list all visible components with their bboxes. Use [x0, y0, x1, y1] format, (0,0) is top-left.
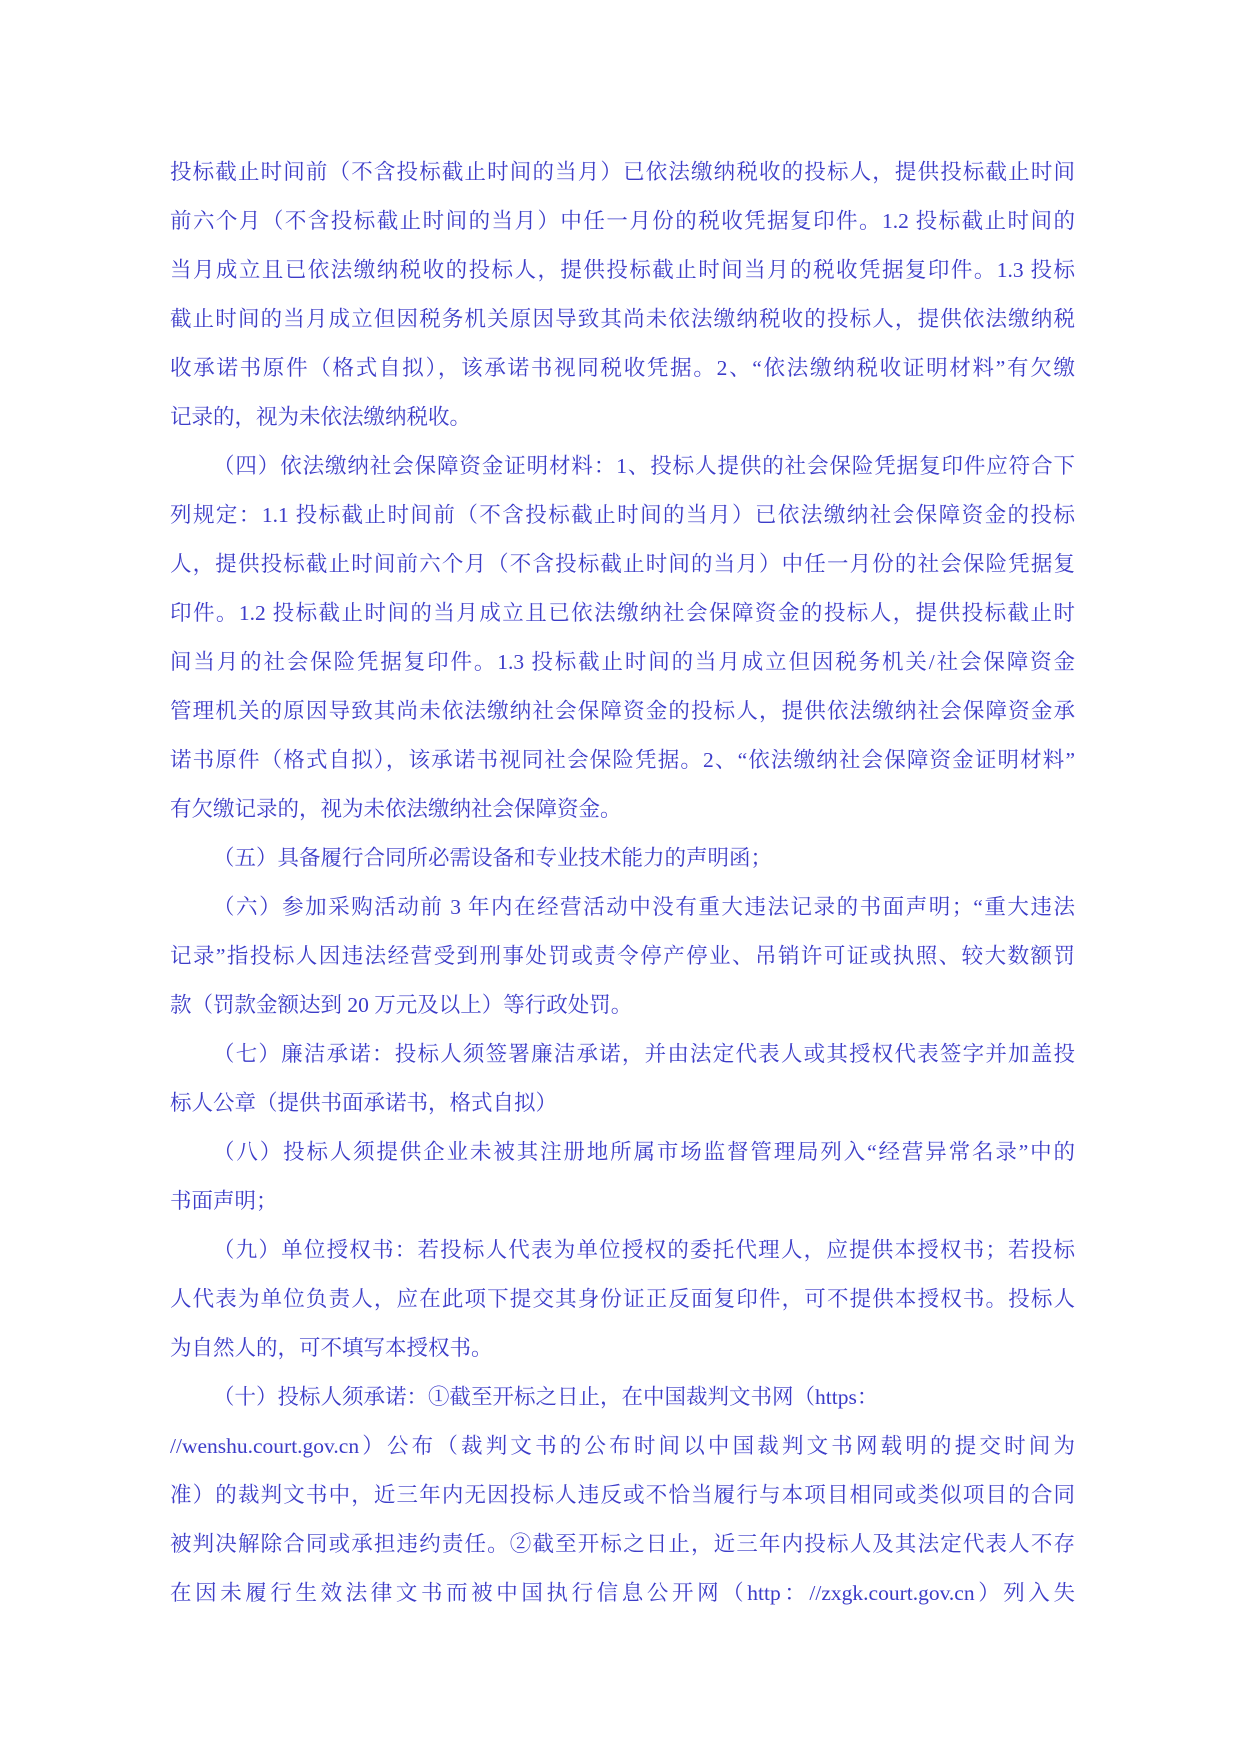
- doc-line: 收承诺书原件（格式自拟），该承诺书视同税收凭据。2、“依法缴纳税收证明材料”有欠…: [170, 344, 1075, 393]
- doc-line: //wenshu.court.gov.cn）公布（裁判文书的公布时间以中国裁判文…: [170, 1422, 1075, 1471]
- doc-line: 人代表为单位负责人，应在此项下提交其身份证正反面复印件，可不提供本授权书。投标人: [170, 1275, 1075, 1324]
- doc-line: 书面声明；: [170, 1177, 1075, 1226]
- doc-line: （五）具备履行合同所必需设备和专业技术能力的声明函；: [170, 834, 1075, 883]
- doc-line: （六）参加采购活动前 3 年内在经营活动中没有重大违法记录的书面声明；“重大违法: [170, 883, 1075, 932]
- doc-line: 记录”指投标人因违法经营受到刑事处罚或责令停产停业、吊销许可证或执照、较大数额罚: [170, 932, 1075, 981]
- doc-line: 截止时间的当月成立但因税务机关原因导致其尚未依法缴纳税收的投标人，提供依法缴纳税: [170, 295, 1075, 344]
- document-body: 投标截止时间前（不含投标截止时间的当月）已依法缴纳税收的投标人，提供投标截止时间…: [170, 148, 1075, 1618]
- doc-line: 准）的裁判文书中，近三年内无因投标人违反或不恰当履行与本项目相同或类似项目的合同: [170, 1471, 1075, 1520]
- doc-line: 前六个月（不含投标截止时间的当月）中任一月份的税收凭据复印件。1.2 投标截止时…: [170, 197, 1075, 246]
- doc-line: 为自然人的，可不填写本授权书。: [170, 1324, 1075, 1373]
- doc-line: （八）投标人须提供企业未被其注册地所属市场监督管理局列入“经营异常名录”中的: [170, 1128, 1075, 1177]
- doc-line: （十）投标人须承诺：①截至开标之日止，在中国裁判文书网（https：: [170, 1373, 1075, 1422]
- doc-line: （七）廉洁承诺：投标人须签署廉洁承诺，并由法定代表人或其授权代表签字并加盖投: [170, 1030, 1075, 1079]
- doc-line: 诺书原件（格式自拟），该承诺书视同社会保险凭据。2、“依法缴纳社会保障资金证明材…: [170, 736, 1075, 785]
- doc-line: 被判决解除合同或承担违约责任。②截至开标之日止，近三年内投标人及其法定代表人不存: [170, 1520, 1075, 1569]
- doc-line: （九）单位授权书：若投标人代表为单位授权的委托代理人，应提供本授权书；若投标: [170, 1226, 1075, 1275]
- doc-line: 印件。1.2 投标截止时间的当月成立且已依法缴纳社会保障资金的投标人，提供投标截…: [170, 589, 1075, 638]
- doc-line: 在因未履行生效法律文书而被中国执行信息公开网（http：//zxgk.court…: [170, 1569, 1075, 1618]
- doc-line: 投标截止时间前（不含投标截止时间的当月）已依法缴纳税收的投标人，提供投标截止时间: [170, 148, 1075, 197]
- doc-line: （四）依法缴纳社会保障资金证明材料：1、投标人提供的社会保险凭据复印件应符合下: [170, 442, 1075, 491]
- doc-line: 间当月的社会保险凭据复印件。1.3 投标截止时间的当月成立但因税务机关/社会保障…: [170, 638, 1075, 687]
- doc-line: 列规定：1.1 投标截止时间前（不含投标截止时间的当月）已依法缴纳社会保障资金的…: [170, 491, 1075, 540]
- doc-line: 人，提供投标截止时间前六个月（不含投标截止时间的当月）中任一月份的社会保险凭据复: [170, 540, 1075, 589]
- doc-line: 款（罚款金额达到 20 万元及以上）等行政处罚。: [170, 981, 1075, 1030]
- doc-line: 管理机关的原因导致其尚未依法缴纳社会保障资金的投标人，提供依法缴纳社会保障资金承: [170, 687, 1075, 736]
- doc-line: 记录的，视为未依法缴纳税收。: [170, 393, 1075, 442]
- doc-line: 有欠缴记录的，视为未依法缴纳社会保障资金。: [170, 785, 1075, 834]
- doc-line: 标人公章（提供书面承诺书，格式自拟）: [170, 1079, 1075, 1128]
- doc-line: 当月成立且已依法缴纳税收的投标人，提供投标截止时间当月的税收凭据复印件。1.3 …: [170, 246, 1075, 295]
- document-page: 投标截止时间前（不含投标截止时间的当月）已依法缴纳税收的投标人，提供投标截止时间…: [0, 0, 1240, 1754]
